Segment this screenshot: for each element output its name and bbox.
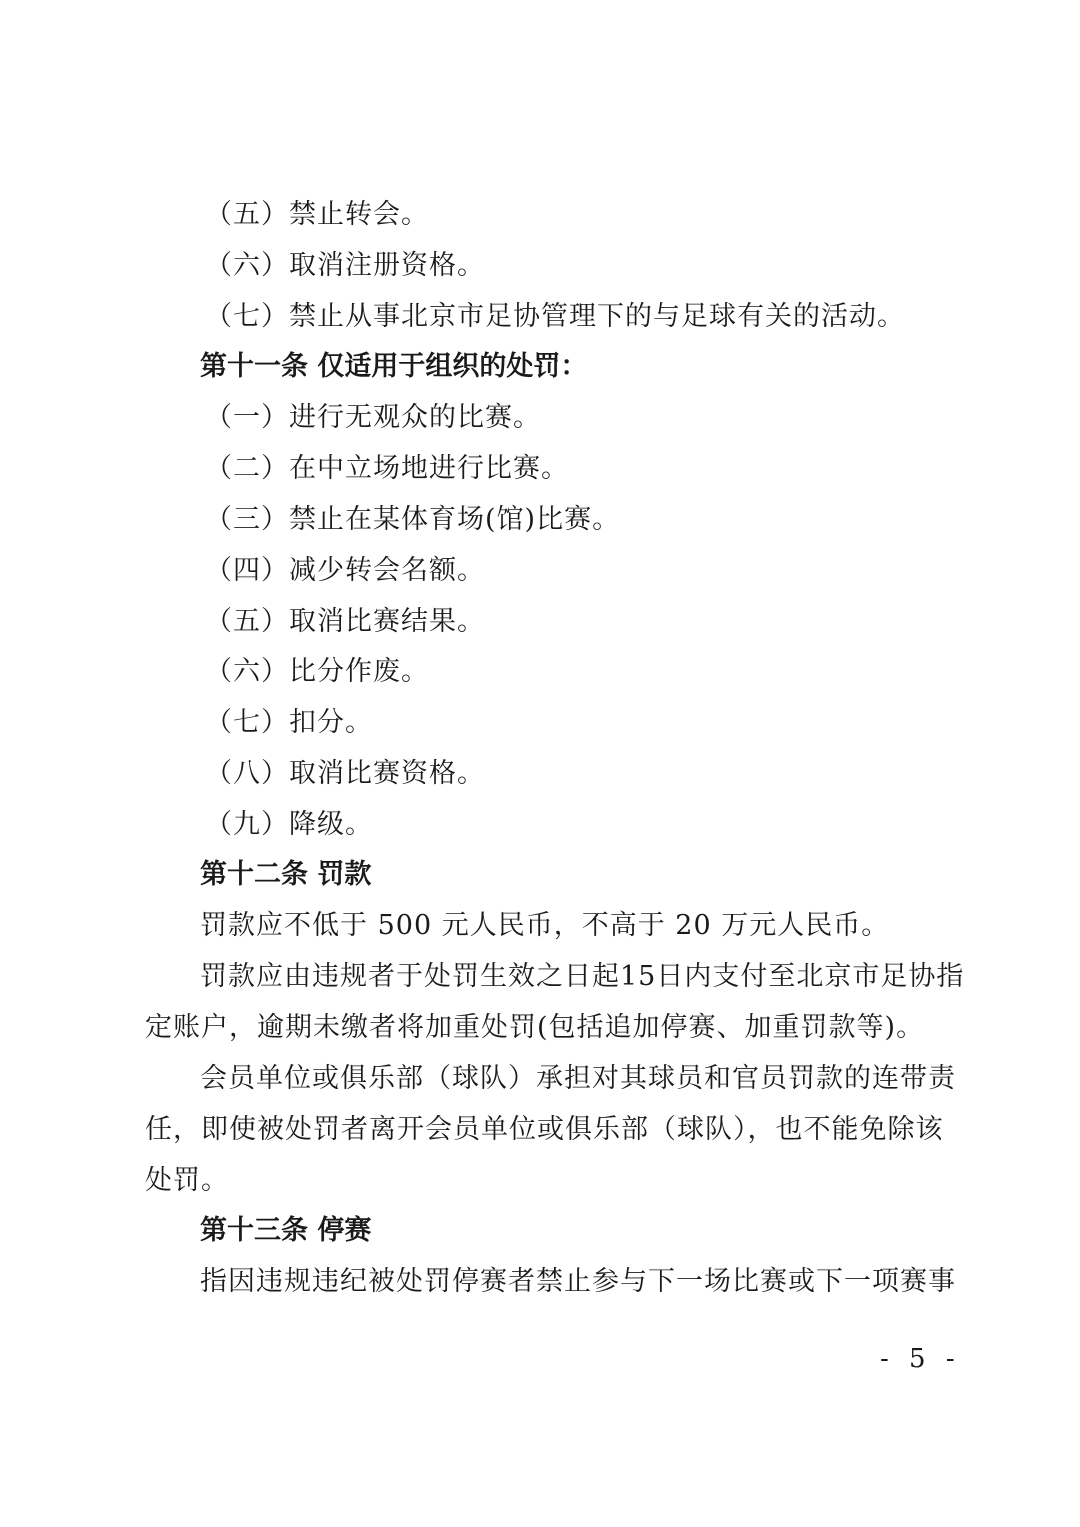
article-heading: 第十二条 罚款: [200, 858, 371, 892]
paragraph-line: 指因违规违纪被处罚停赛者禁止参与下一场比赛或下一项赛事: [200, 1265, 956, 1299]
list-item: （七）禁止从事北京市足协管理下的与足球有关的活动。: [205, 300, 905, 334]
article-heading: 第十一条 仅适用于组织的处罚：: [200, 350, 587, 384]
list-item: （六）比分作废。: [205, 655, 429, 689]
paragraph-line: 会员单位或俱乐部（球队）承担对其球员和官员罚款的连带责: [200, 1062, 956, 1096]
paragraph-line: 定账户，逾期未缴者将加重处罚(包括追加停赛、加重罚款等)。: [145, 1011, 924, 1045]
paragraph-line: 罚款应由违规者于处罚生效之日起15日内支付至北京市足协指: [200, 960, 964, 994]
paragraph-line: 罚款应不低于 500 元人民币，不高于 20 万元人民币。: [200, 909, 889, 943]
page-number: - 5 -: [880, 1342, 961, 1376]
list-item: （四）减少转会名额。: [205, 554, 485, 588]
list-item: （五）禁止转会。: [205, 198, 429, 232]
list-item: （五）取消比赛结果。: [205, 605, 485, 639]
list-item: （八）取消比赛资格。: [205, 757, 485, 791]
list-item: （一）进行无观众的比赛。: [205, 401, 541, 435]
list-item: （六）取消注册资格。: [205, 249, 485, 283]
paragraph-line: 处罚。: [145, 1164, 229, 1198]
list-item: （二）在中立场地进行比赛。: [205, 452, 569, 486]
paragraph-line: 任，即使被处罚者离开会员单位或俱乐部（球队），也不能免除该: [145, 1113, 944, 1147]
article-heading: 第十三条 停赛: [200, 1214, 371, 1248]
list-item: （七）扣分。: [205, 706, 373, 740]
list-item: （九）降级。: [205, 808, 373, 842]
list-item: （三）禁止在某体育场(馆)比赛。: [205, 503, 620, 537]
